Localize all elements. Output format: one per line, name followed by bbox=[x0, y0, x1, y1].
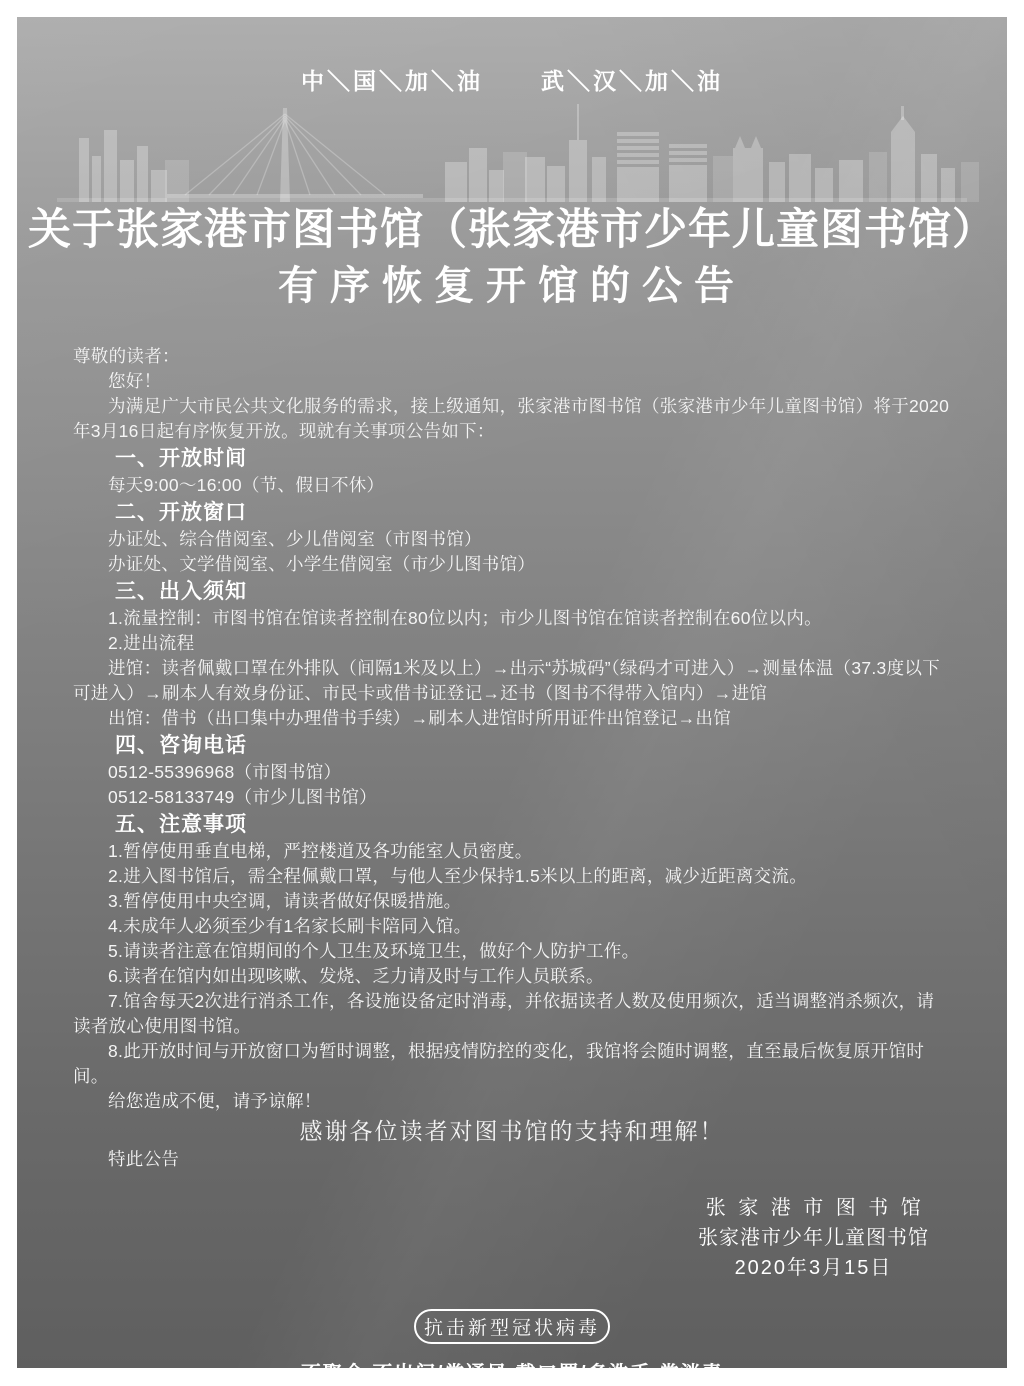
section-heading-phone: 四、咨询电话 bbox=[73, 731, 951, 760]
signature-org-2: 张家港市少年儿童图书馆 bbox=[698, 1223, 929, 1253]
body-paragraph: 2.进出流程 bbox=[73, 631, 951, 656]
intro-paragraph: 为满足广大市民公共文化服务的需求，接上级通知，张家港市图书馆（张家港市少年儿童图… bbox=[73, 394, 951, 444]
body-paragraph: 进馆：读者佩戴口罩在外排队（间隔1米及以上）→出示“苏城码”（绿码才可进入）→测… bbox=[73, 656, 951, 706]
announcement-poster: 中＼国＼加＼油武＼汉＼加＼油 bbox=[17, 17, 1007, 1368]
body-paragraph: 出馆：借书（出口集中办理借书手续）→刷本人进馆时所用证件出馆登记→出馆 bbox=[73, 706, 951, 731]
body-paragraph: 5.请读者注意在馆期间的个人卫生及环境卫生，做好个人防护工作。 bbox=[73, 939, 951, 964]
footer-slogan: 不聚会 不出门/常通风 戴口罩/多洗手 常消毒 bbox=[17, 1357, 1007, 1368]
thanks-line: 感谢各位读者对图书馆的支持和理解！ bbox=[73, 1116, 951, 1146]
body-paragraph: 7.馆舍每天2次进行消杀工作，各设施设备定时消毒，并依据读者人数及使用频次，适当… bbox=[73, 989, 951, 1039]
title-line-2: 有序恢复开馆的公告 bbox=[17, 258, 1007, 314]
greeting: 您好！ bbox=[73, 369, 951, 394]
body-paragraph: 1.流量控制：市图书馆在馆读者控制在80位以内；市少儿图书馆在馆读者控制在60位… bbox=[73, 606, 951, 631]
body-paragraph: 给您造成不便，请予谅解！ bbox=[73, 1089, 951, 1114]
signature-date: 2020年3月15日 bbox=[698, 1253, 929, 1283]
anti-virus-badge: 抗击新型冠状病毒 bbox=[414, 1309, 610, 1344]
body-paragraph: 办证处、综合借阅室、少儿借阅室（市图书馆） bbox=[73, 527, 951, 552]
body-paragraph: 4.未成年人必须至少有1名家长刷卡陪同入馆。 bbox=[73, 914, 951, 939]
title-line-1: 关于张家港市图书馆（张家港市少年儿童图书馆） bbox=[17, 202, 1007, 258]
slogan-china: 中＼国＼加＼油 bbox=[301, 68, 483, 94]
phone-children-library: 0512-58133749（市少儿图书馆） bbox=[73, 785, 951, 810]
badge-label: 抗击新型冠状病毒 bbox=[424, 1313, 600, 1340]
closing-line: 特此公告 bbox=[73, 1146, 951, 1173]
signature-org-1: 张家港市图书馆 bbox=[698, 1193, 941, 1223]
section-heading-notes: 五、注意事项 bbox=[73, 810, 951, 839]
top-slogan: 中＼国＼加＼油武＼汉＼加＼油 bbox=[17, 17, 1007, 96]
section-heading-open-windows: 二、开放窗口 bbox=[73, 498, 951, 527]
body-paragraph: 8.此开放时间与开放窗口为暂时调整，根据疫情防控的变化，我馆将会随时调整，直至最… bbox=[73, 1039, 951, 1089]
body-paragraph: 每天9:00～16:00（节、假日不休） bbox=[73, 473, 951, 498]
body-paragraph: 6.读者在馆内如出现咳嗽、发烧、乏力请及时与工作人员联系。 bbox=[73, 964, 951, 989]
signature-block: 张家港市图书馆 张家港市少年儿童图书馆 2020年3月15日 bbox=[698, 1193, 929, 1283]
page-title: 关于张家港市图书馆（张家港市少年儿童图书馆） 有序恢复开馆的公告 bbox=[17, 202, 1007, 314]
body-paragraph: 办证处、文学借阅室、小学生借阅室（市少儿图书馆） bbox=[73, 552, 951, 577]
section-heading-entry-exit: 三、出入须知 bbox=[73, 577, 951, 606]
body-paragraph: 1.暂停使用垂直电梯，严控楼道及各功能室人员密度。 bbox=[73, 839, 951, 864]
section-heading-open-hours: 一、开放时间 bbox=[73, 444, 951, 473]
slogan-wuhan: 武＼汉＼加＼油 bbox=[541, 68, 723, 94]
city-skyline-graphic bbox=[17, 102, 1007, 202]
body-paragraph: 2.进入图书馆后，需全程佩戴口罩，与他人至少保持1.5米以上的距离，减少近距离交… bbox=[73, 864, 951, 889]
phone-city-library: 0512-55396968（市图书馆） bbox=[73, 760, 951, 785]
body-paragraph: 3.暂停使用中央空调，请读者做好保暖措施。 bbox=[73, 889, 951, 914]
salutation: 尊敬的读者： bbox=[73, 344, 951, 369]
announcement-body: 尊敬的读者： 您好！ 为满足广大市民公共文化服务的需求，接上级通知，张家港市图书… bbox=[73, 344, 951, 1173]
